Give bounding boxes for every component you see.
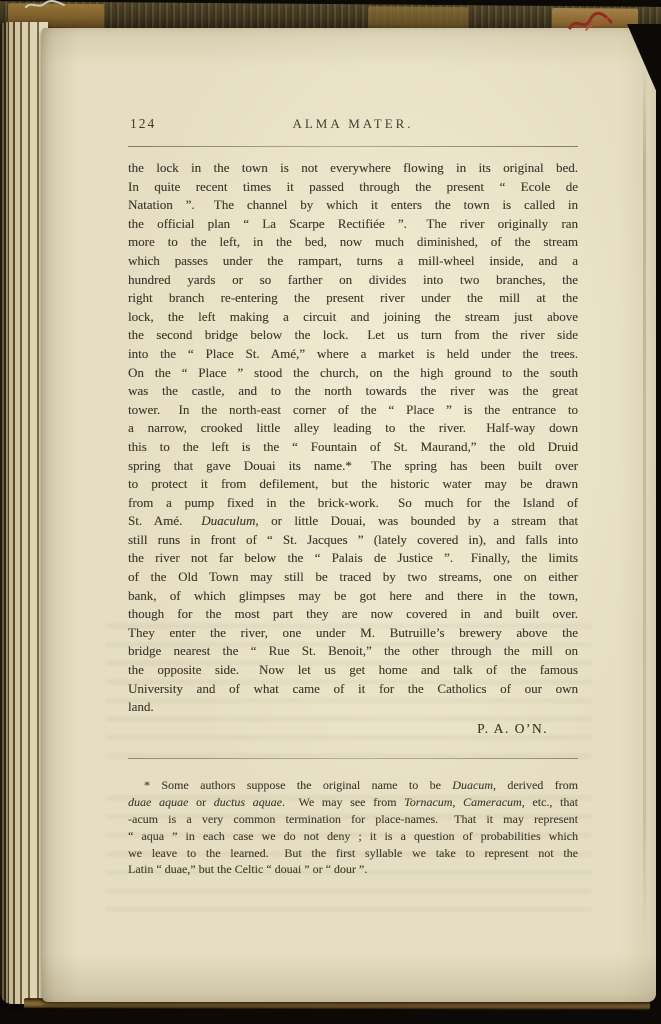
- text-line: to protect it from defilement, but the h…: [128, 475, 578, 494]
- text-line: On the “ Place ” stood the church, on th…: [128, 364, 578, 383]
- footnote-line: “ aqua ” in each case we do not deny ; i…: [128, 828, 578, 845]
- footnote-line: we leave to the learned. But the first s…: [128, 845, 578, 862]
- page-header: 124 ALMA MATER.: [128, 116, 578, 136]
- text-line: from a pump fixed in the brick-work. So …: [128, 494, 578, 513]
- headband-thread-icon: [566, 8, 614, 36]
- text-line: the second bridge below the lock. Let us…: [128, 326, 578, 345]
- text-line: was the castle, and to the north towards…: [128, 382, 578, 401]
- text-line: Natation ”. The channel by which it ente…: [128, 196, 578, 215]
- text-line: of the Old Town may still be traced by t…: [128, 568, 578, 587]
- text-line: St. Amé. Duaculum, or little Douai, was …: [128, 512, 578, 531]
- text-line: bridge nearest the “ Rue St. Benoit,” th…: [128, 642, 578, 661]
- footnote-line: Latin “ duae,” but the Celtic “ douai ” …: [128, 861, 578, 878]
- stacked-page-edges: [0, 22, 48, 1004]
- footnote-line: -acum is a very common termination for p…: [128, 811, 578, 828]
- text-line: a narrow, crooked little alley leading t…: [128, 419, 578, 438]
- footnote-text: * Some authors suppose the original name…: [128, 777, 578, 878]
- running-title: ALMA MATER.: [128, 116, 578, 132]
- text-line: though for the most part they are now co…: [128, 605, 578, 624]
- binding-thread-icon: [24, 0, 66, 11]
- author-initials: P. A. O’N.: [128, 721, 578, 737]
- book-page: 124 ALMA MATER. the lock in the town is …: [42, 28, 656, 1002]
- text-line: University and of what came of it for th…: [128, 680, 578, 699]
- text-line: this to the left is the “ Fountain of St…: [128, 438, 578, 457]
- text-line: tower. In the north-east corner of the “…: [128, 401, 578, 420]
- text-line: They enter the river, one under M. Butru…: [128, 624, 578, 643]
- text-line: lock, the left making a circuit and join…: [128, 308, 578, 327]
- text-line: into the “ Place St. Amé,” where a marke…: [128, 345, 578, 364]
- text-line: still runs in front of “ St. Jacques ” (…: [128, 531, 578, 550]
- text-line: hundred yards or so farther on divides i…: [128, 271, 578, 290]
- text-line: which passes under the rampart, turns a …: [128, 252, 578, 271]
- header-rule: [128, 146, 578, 147]
- text-line: land.: [128, 698, 578, 717]
- text-line: spring that gave Douai its name.* The sp…: [128, 457, 578, 476]
- text-line: the official plan “ La Scarpe Rectifiée …: [128, 215, 578, 234]
- text-line: more to the left, in the bed, now much d…: [128, 233, 578, 252]
- footnote-line: duae aquae or ductus aquae. We may see f…: [128, 794, 578, 811]
- text-line: right branch re-entering the present riv…: [128, 289, 578, 308]
- text-line: the lock in the town is not everywhere f…: [128, 159, 578, 178]
- text-line: the opposite side. Now let us get home a…: [128, 661, 578, 680]
- text-line: the river not far below the “ Palais de …: [128, 549, 578, 568]
- body-text: the lock in the town is not everywhere f…: [128, 159, 578, 717]
- page-crease: [643, 58, 646, 942]
- photo-background: { "header": { "page_number": "124", "run…: [0, 0, 661, 1024]
- text-line: In quite recent times it passed through …: [128, 178, 578, 197]
- text-line: bank, of which glimpses may be got here …: [128, 587, 578, 606]
- footnote-rule: [128, 758, 578, 759]
- footnote-line: * Some authors suppose the original name…: [128, 777, 578, 794]
